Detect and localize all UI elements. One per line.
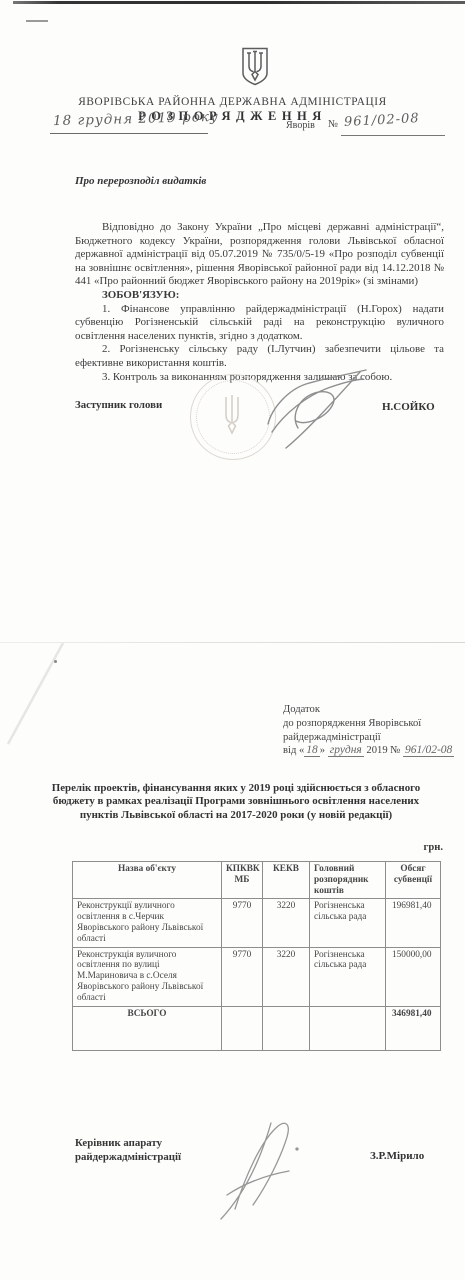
total-label: ВСЬОГО [73,1006,222,1050]
cell-kekv: 3220 [263,899,310,947]
table-row: Реконструкції вуличного освітлення в с.Ч… [73,899,441,947]
annex-line-3: райдержадміністрації [283,731,454,745]
scan-edge-line [13,1,465,4]
col-header-kekv: КЕКВ [263,862,310,899]
col-header-kpkvk: КПКВК МБ [222,862,263,899]
total-amount: 346981,40 [386,1006,441,1050]
handwritten-date: 18 грудня 2019 року [53,109,219,129]
annex-title-line-2: бюджету в рамках реалізації Програми зов… [42,795,430,808]
document-body: Відповідно до Закону України „Про місцев… [75,221,444,384]
signer-name-mirylo: З.Р.Мірило [370,1150,424,1162]
scan-dash-artifact [26,20,48,22]
annex-line-1: Додаток [283,703,454,717]
handwritten-day: 18 [304,744,320,757]
cell-subvention-amount: 196981,40 [386,899,441,947]
annex-line-2: до розпорядження Яворівської [283,717,454,731]
col-header-subvention-amount: Обсяг субвенції [386,862,441,899]
item-3: 3. Контроль за виконанням розпорядження … [75,371,444,385]
annex-reference-block: Додаток до розпорядження Яворівської рай… [283,703,454,758]
cell-object-name: Реконструкція вуличного освітлення по ву… [73,947,222,1006]
annex-date-prefix: від « [283,745,304,756]
currency-unit-note: грн. [380,842,443,853]
signature-mirylo-autograph [205,1117,315,1222]
cell-main-spender: Рогізненська сільська рада [310,947,386,1006]
table-total-row: ВСЬОГО 346981,40 [73,1006,441,1050]
empty-cell [222,1006,263,1050]
table-header-row: Назва об'єкту КПКВК МБ КЕКВ Головний роз… [73,862,441,899]
item-2: 2. Рогізненську сільську раду (І.Лутчин)… [75,343,444,370]
obligate-heading: ЗОБОВ'ЯЗУЮ: [75,289,444,303]
annex-date-line: від «18» грудня 2019 № 961/02-08 [283,744,454,758]
subject-line: Про перерозподіл видатків [75,175,206,187]
cell-main-spender: Рогізненська сільська рада [310,899,386,947]
intro-paragraph: Відповідно до Закону України „Про місцев… [75,221,444,289]
signature-soiko-autograph [262,366,374,450]
signer-position-deputy-head: Заступник голови [75,399,162,411]
cell-kekv: 3220 [263,947,310,1006]
ukraine-trident-emblem-icon [240,47,270,86]
organization-name: ЯВОРІВСЬКА РАЙОННА ДЕРЖАВНА АДМІНІСТРАЦІ… [20,96,445,108]
handwritten-document-number: 961/02-08 [344,111,420,130]
col-header-object-name: Назва об'єкту [73,862,222,899]
cell-kpkvk: 9770 [222,947,263,1006]
date-underline [50,133,208,134]
cell-subvention-amount: 150000,00 [386,947,441,1006]
signer-name-soiko: Н.СОЙКО [382,401,435,413]
number-underline [341,135,445,136]
scan-speck [54,660,57,663]
handwritten-month: грудня [328,744,364,757]
seal-trident-icon [217,393,247,437]
city-label: Яворів [286,120,315,131]
empty-cell [263,1006,310,1050]
annex-date-mid: » [320,745,325,756]
annex-title-line-1: Перелік проектів, фінансування яких у 20… [42,782,430,795]
empty-cell [310,1006,386,1050]
cell-kpkvk: 9770 [222,899,263,947]
annex-table-title: Перелік проектів, фінансування яких у 20… [42,782,430,822]
item-1: 1. Фінансове управлінню райдержадміністр… [75,303,444,344]
annex-year-number-sign: 2019 № [366,745,400,756]
annex-title-line-3: пунктів Львівської області на 2017-2020 … [42,809,430,822]
scan-diagonal-fold-line [0,640,70,750]
projects-funding-table: Назва об'єкту КПКВК МБ КЕКВ Головний роз… [72,861,441,1051]
scanned-document: ЯВОРІВСЬКА РАЙОННА ДЕРЖАВНА АДМІНІСТРАЦІ… [0,0,465,1280]
col-header-main-spender: Головний розпорядник коштів [310,862,386,899]
signer-position-line-2: райдержадміністрації [75,1150,181,1164]
handwritten-annex-number: 961/02-08 [403,744,454,757]
signer-position-head-of-staff: Керівник апарату райдержадміністрації [75,1136,181,1164]
table-row: Реконструкція вуличного освітлення по ву… [73,947,441,1006]
signer-position-line-1: Керівник апарату [75,1136,181,1150]
cell-object-name: Реконструкції вуличного освітлення в с.Ч… [73,899,222,947]
number-sign-label: № [328,119,338,130]
